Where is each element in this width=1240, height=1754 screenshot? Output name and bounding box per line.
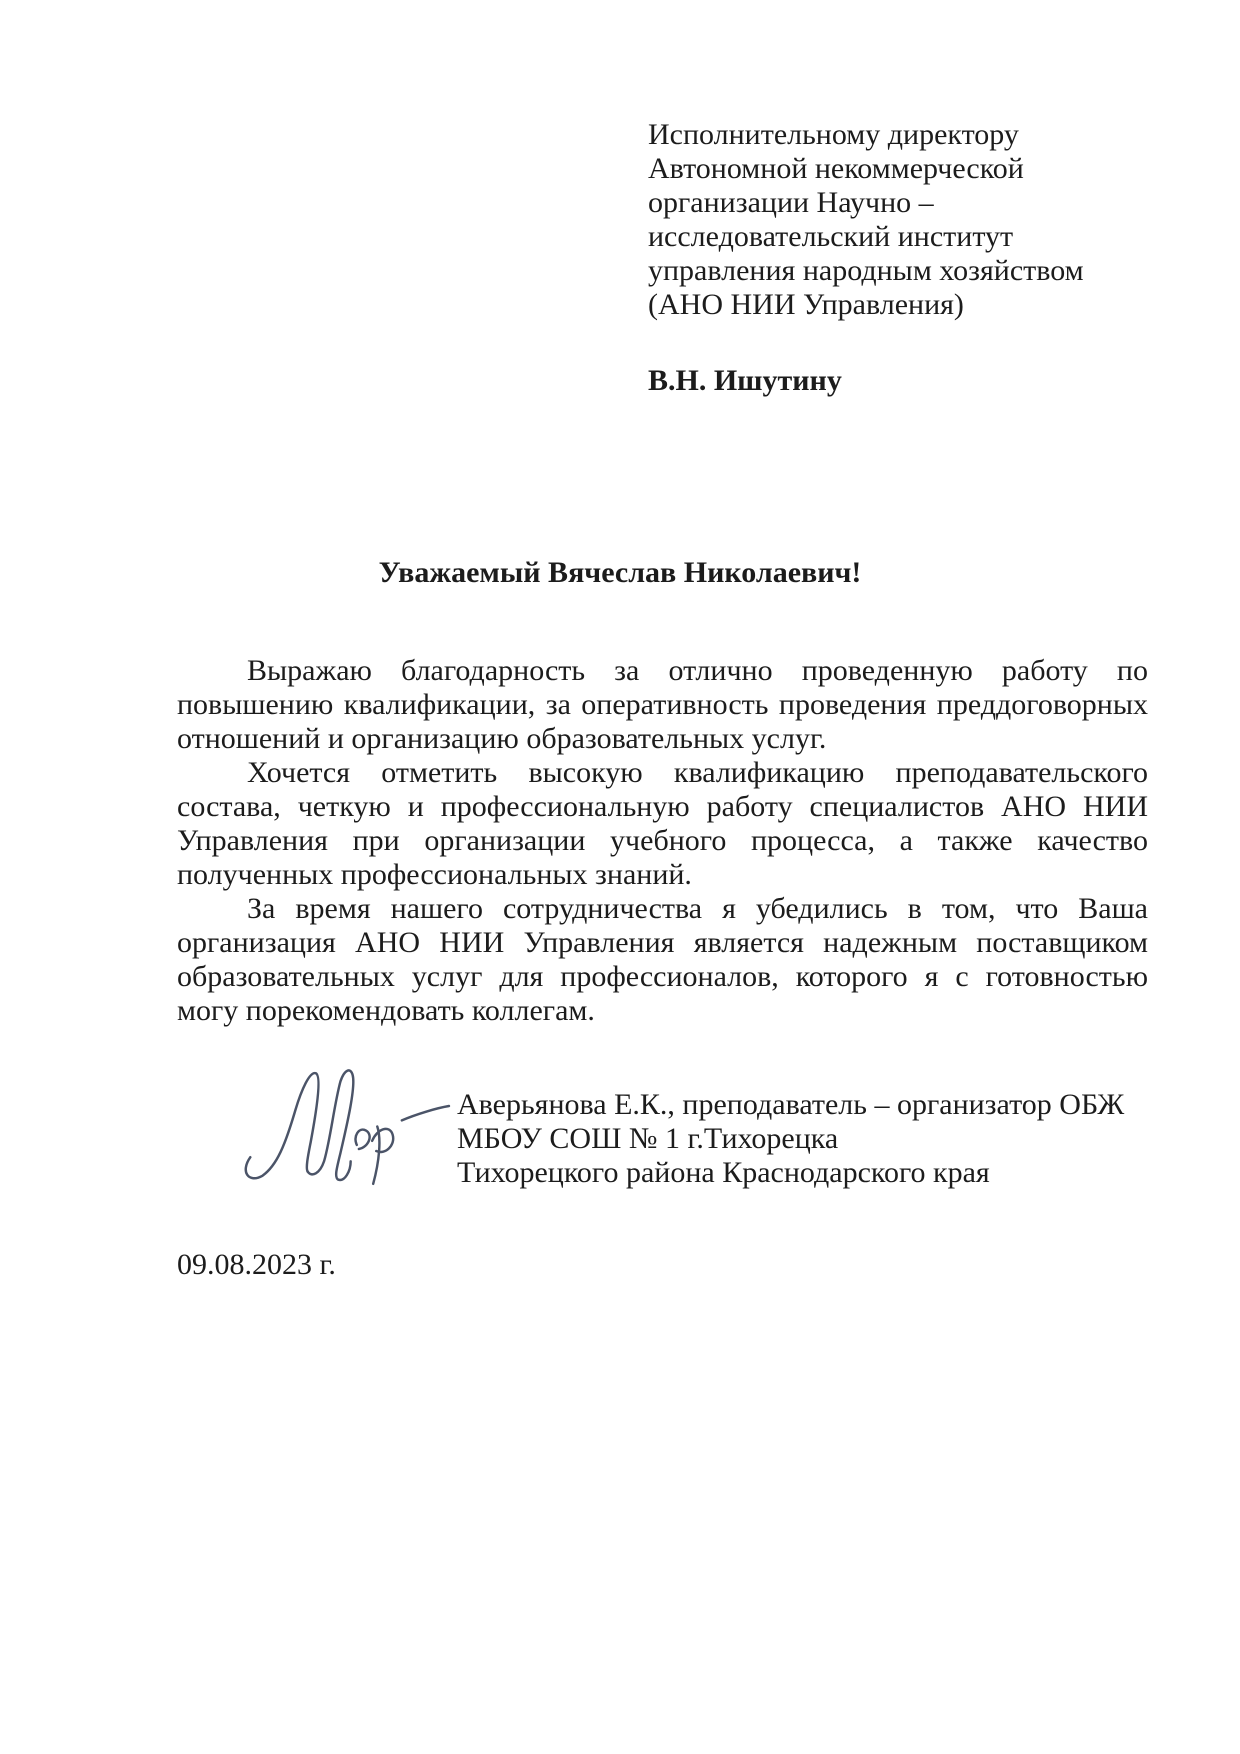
- body-paragraph-1: Выражаю благодарность за отлично проведе…: [177, 654, 1148, 756]
- addressee-block: Исполнительному директору Автономной нек…: [648, 118, 1118, 398]
- letter-page: Исполнительному директору Автономной нек…: [0, 0, 1240, 1754]
- letter-body: Выражаю благодарность за отлично проведе…: [177, 654, 1148, 1028]
- addressee-organization: Исполнительному директору Автономной нек…: [648, 118, 1118, 322]
- signature-block: Аверьянова Е.К., преподаватель – организ…: [457, 1088, 1124, 1190]
- addressee-name: В.Н. Ишутину: [648, 364, 1118, 398]
- handwritten-signature-icon: [236, 1062, 451, 1192]
- letter-date: 09.08.2023 г.: [177, 1248, 336, 1282]
- salutation: Уважаемый Вячеслав Николаевич!: [0, 556, 1240, 590]
- body-paragraph-3: За время нашего сотрудничества я убедили…: [177, 892, 1148, 1028]
- body-paragraph-2: Хочется отметить высокую квалификацию пр…: [177, 756, 1148, 892]
